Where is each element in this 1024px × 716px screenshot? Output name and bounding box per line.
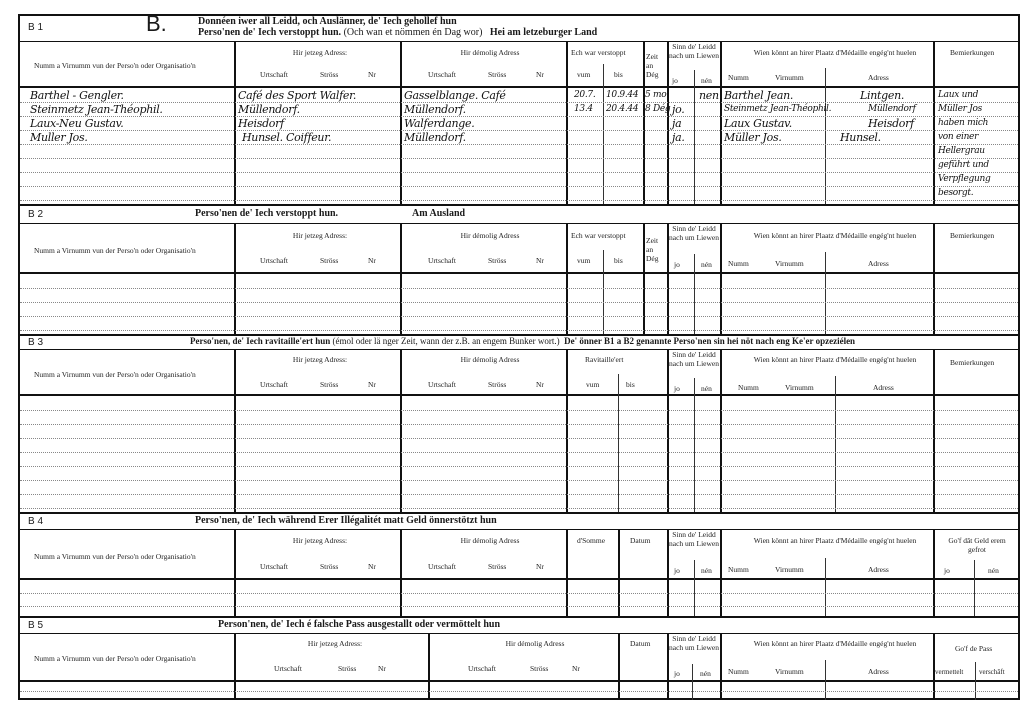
- col-nr-label: Nr: [536, 256, 544, 265]
- entry-name: Laux-Neu Gustav.: [30, 117, 124, 130]
- col-lastname-label: Numm: [728, 667, 749, 676]
- col-nr-label: Nr: [572, 664, 580, 673]
- col-to-label: bis: [614, 70, 623, 79]
- column-header: Numm a Virnumm vun der Perso'n oder Orga…: [20, 224, 1018, 274]
- entry-current-address: Müllendorf.: [238, 103, 300, 116]
- entry-current-address: Hunsel. Coiffeur.: [242, 131, 331, 144]
- section-b3-body: [20, 396, 1018, 514]
- entry-medal-name: Laux Gustav.: [724, 117, 792, 130]
- col-town-label: Urtschaft: [260, 70, 288, 79]
- heading-place: Hei am letzeburger Land: [490, 27, 597, 38]
- col-firstname-label: Virnumm: [775, 73, 804, 82]
- section-heading-line1: Donnéen iwer all Leidd, och Auslänner, d…: [198, 16, 457, 27]
- entry-name: Barthel - Gengler.: [30, 89, 124, 102]
- section-code: B 4: [28, 516, 43, 527]
- col-days-label: Zeit an Dég: [646, 236, 664, 263]
- heading-main: Perso'nen, de' Iech ravitaille'ert hun: [190, 336, 330, 346]
- remarks-line: Laux und: [938, 90, 978, 100]
- col-former-address-label: Hir démolig Adress: [435, 355, 545, 364]
- col-current-address-label: Hir jetzeg Adress:: [265, 48, 375, 57]
- col-date-label: Datum: [630, 639, 650, 648]
- col-days-label: Zeit an Dég: [646, 52, 664, 79]
- entry-medal-address: Müllendorf: [868, 104, 916, 114]
- column-header: Numm a Virnumm vun der Perso'n oder Orga…: [20, 42, 1018, 88]
- col-nr-label: Nr: [368, 380, 376, 389]
- col-lastname-label: Numm: [728, 259, 749, 268]
- heading-note: (émol oder lä nger Zeit, wann der z.B. a…: [332, 336, 559, 346]
- entry-yes: ja.: [672, 131, 685, 144]
- col-no-label: nén: [701, 76, 712, 85]
- entry-medal-address: Hunsel.: [840, 131, 881, 144]
- section-b4: B 4 Perso'nen, de' Iech während Erer Ill…: [20, 512, 1018, 616]
- col-nr-label: Nr: [368, 70, 376, 79]
- section-b2-body: [20, 274, 1018, 336]
- col-from-label: vum: [577, 70, 590, 79]
- section-letter: B.: [146, 11, 167, 37]
- col-pass-label: Go'f de Pass: [955, 644, 992, 653]
- col-yes-label: jo: [672, 76, 678, 85]
- col-former-address-label: Hir démolig Adress: [435, 231, 545, 240]
- remarks-line: Hellergrau: [938, 146, 985, 156]
- col-town-label: Urtschaft: [274, 664, 302, 673]
- section-heading-place: Am Ausland: [412, 208, 465, 219]
- entry-name: Muller Jos.: [30, 131, 88, 144]
- col-no-label: nén: [701, 260, 712, 269]
- entry-former-address: Walferdange.: [404, 117, 474, 130]
- col-money-returned-label: Go'f dât Geld erem gefrot: [942, 536, 1012, 554]
- col-name-label: Numm a Virnumm vun der Perso'n oder Orga…: [34, 654, 196, 663]
- col-street-label: Ströss: [320, 70, 338, 79]
- col-street-label: Ströss: [488, 380, 506, 389]
- column-header: Numm a Virnumm vun der Perso'n oder Orga…: [20, 634, 1018, 682]
- col-current-address-label: Hir jetzeg Adress:: [265, 355, 375, 364]
- col-firstname-label: Virnumm: [775, 565, 804, 574]
- col-date-label: Datum: [630, 536, 650, 545]
- col-street-label: Ströss: [320, 256, 338, 265]
- remarks-line: Müller Jos: [938, 104, 982, 114]
- col-town-label: Urtschaft: [428, 256, 456, 265]
- col-street-label: Ströss: [320, 380, 338, 389]
- entry-former-address: Müllendorf.: [404, 131, 466, 144]
- entry-no: nen: [699, 89, 719, 102]
- col-street-label: Ströss: [488, 562, 506, 571]
- col-from-label: vum: [577, 256, 590, 265]
- section-heading: Perso'nen de' Iech verstoppt hun.: [195, 208, 338, 219]
- col-former-address-label: Hir démolig Adress: [480, 639, 590, 648]
- entry-to: 10.9.44: [606, 90, 638, 100]
- col-street-label: Ströss: [338, 664, 356, 673]
- col-town-label: Urtschaft: [260, 256, 288, 265]
- col-town-label: Urtschaft: [428, 380, 456, 389]
- col-street-label: Ströss: [530, 664, 548, 673]
- col-address-label: Adress: [868, 259, 889, 268]
- section-b1: B 1 B. Donnéen iwer all Leidd, och Auslä…: [20, 14, 1018, 204]
- col-sum-label: d'Somme: [577, 536, 605, 545]
- col-medal-label: Wien könnt an hirer Plaatz d'Médaille en…: [750, 536, 920, 545]
- col-remarks-label: Bemierkungen: [950, 358, 994, 367]
- entry-days: 8 Dég: [645, 104, 670, 114]
- entry-former-address: Müllendorf.: [404, 103, 466, 116]
- heading-extra: De' önner B1 a B2 genannte Perso'nen sin…: [564, 336, 855, 346]
- col-yes-label: jo: [674, 669, 680, 678]
- col-remarks-label: Bemierkungen: [950, 48, 994, 57]
- col-to-label: bis: [626, 380, 635, 389]
- col-medal-label: Wien könnt an hirer Plaatz d'Médaille en…: [750, 639, 920, 648]
- col-address-label: Adress: [873, 383, 894, 392]
- col-name-label: Numm a Virnumm vun der Perso'n oder Orga…: [34, 246, 196, 255]
- col-address-label: Adress: [868, 667, 889, 676]
- col-lastname-label: Numm: [728, 73, 749, 82]
- remarks-line: von einer: [938, 132, 978, 142]
- section-b2: B 2 Perso'nen de' Iech verstoppt hun. Am…: [20, 204, 1018, 334]
- col-street-label: Ströss: [320, 562, 338, 571]
- col-alive-label: Sinn de' Leidd nach um Liewen: [669, 350, 719, 368]
- col-street-label: Ströss: [488, 256, 506, 265]
- section-heading: Person'nen, de' Iech é falsche Pass ausg…: [218, 619, 500, 630]
- col-alive-label: Sinn de' Leidd nach um Liewen: [669, 530, 719, 548]
- col-address-label: Adress: [868, 73, 889, 82]
- column-header: Numm a Virnumm vun der Perso'n oder Orga…: [20, 350, 1018, 396]
- col-mediated-label: vermettelt: [935, 668, 963, 677]
- col-town-label: Urtschaft: [428, 562, 456, 571]
- col-nr-label: Nr: [536, 562, 544, 571]
- col-medal-label: Wien könnt an hirer Plaatz d'Médaille en…: [750, 355, 920, 364]
- col-lastname-label: Numm: [738, 383, 759, 392]
- col-current-address-label: Hir jetzeg Adress:: [265, 536, 375, 545]
- col-nr-label: Nr: [368, 256, 376, 265]
- entry-medal-address: Lintgen.: [860, 89, 904, 102]
- entry-to: 20.4.44: [606, 104, 638, 114]
- entry-from: 20.7.: [574, 90, 595, 100]
- col-medal-label: Wien könnt an hirer Plaatz d'Médaille en…: [750, 231, 920, 240]
- remarks-line: Verpflegung: [938, 174, 990, 184]
- col-no-label: nén: [988, 566, 999, 575]
- col-firstname-label: Virnumm: [775, 667, 804, 676]
- col-yes-label: jo: [674, 260, 680, 269]
- col-current-address-label: Hir jetzeg Adress:: [280, 639, 390, 648]
- col-alive-label: Sinn de' Leidd nach um Liewen: [669, 42, 719, 60]
- section-b3: B 3 Perso'nen, de' Iech ravitaille'ert h…: [20, 334, 1018, 512]
- entry-former-address: Gasselblange. Café: [404, 89, 506, 102]
- col-town-label: Urtschaft: [428, 70, 456, 79]
- col-supplied-label: Ravitaille'ert: [585, 355, 623, 364]
- col-nr-label: Nr: [368, 562, 376, 571]
- entry-medal-name: Müller Jos.: [724, 131, 782, 144]
- col-firstname-label: Virnumm: [785, 383, 814, 392]
- section-heading: Perso'nen, de' Iech während Erer Illégal…: [195, 515, 497, 526]
- entry-days: 5 mo: [645, 90, 666, 100]
- col-nr-label: Nr: [536, 70, 544, 79]
- col-former-address-label: Hir démolig Adress: [435, 536, 545, 545]
- entry-current-address: Café des Sport Walfer.: [238, 89, 356, 102]
- col-name-label: Numm a Virnumm vun der Perso'n oder Orga…: [34, 370, 196, 379]
- col-yes-label: jo: [944, 566, 950, 575]
- col-former-address-label: Hir démolig Adress: [435, 48, 545, 57]
- form-page: B 1 B. Donnéen iwer all Leidd, och Auslä…: [18, 14, 1020, 700]
- col-nr-label: Nr: [378, 664, 386, 673]
- col-town-label: Urtschaft: [260, 380, 288, 389]
- section-heading: Perso'nen, de' Iech ravitaille'ert hun (…: [190, 336, 855, 346]
- col-alive-label: Sinn de' Leidd nach um Liewen: [669, 634, 719, 652]
- section-b1-body: Barthel - Gengler. Steinmetz Jean-Théoph…: [20, 88, 1018, 206]
- section-b2-title: B 2 Perso'nen de' Iech verstoppt hun. Am…: [20, 206, 1018, 224]
- col-nr-label: Nr: [536, 380, 544, 389]
- entry-yes: ja: [672, 117, 681, 130]
- section-code: B 5: [28, 620, 43, 631]
- col-town-label: Urtschaft: [468, 664, 496, 673]
- section-code: B 1: [28, 22, 43, 33]
- entry-medal-name: Steinmetz Jean-Théophil.: [724, 104, 831, 114]
- section-code: B 2: [28, 209, 43, 220]
- entry-medal-name: Barthel Jean.: [724, 89, 793, 102]
- col-no-label: nén: [700, 669, 711, 678]
- col-address-label: Adress: [868, 565, 889, 574]
- col-name-label: Numm a Virnumm vun der Perso'n oder Orga…: [34, 552, 196, 561]
- section-b5-body: [20, 682, 1018, 700]
- col-no-label: nén: [701, 384, 712, 393]
- section-b4-body: [20, 580, 1018, 618]
- remarks-line: haben mich: [938, 118, 988, 128]
- heading-main: Perso'nen de' Iech verstoppt hun.: [198, 27, 341, 38]
- col-lastname-label: Numm: [728, 565, 749, 574]
- col-street-label: Ströss: [488, 70, 506, 79]
- col-name-label: Numm a Virnumm vun der Perso'n oder Orga…: [34, 61, 196, 70]
- col-medal-label: Wien könnt an hirer Plaatz d'Médaille en…: [750, 48, 920, 57]
- col-firstname-label: Virnumm: [775, 259, 804, 268]
- section-b4-title: B 4 Perso'nen, de' Iech während Erer Ill…: [20, 514, 1018, 530]
- entry-yes: jo.: [672, 103, 684, 116]
- col-alive-label: Sinn de' Leidd nach um Liewen: [669, 224, 719, 242]
- section-b5-title: B 5 Person'nen, de' Iech é falsche Pass …: [20, 618, 1018, 634]
- remarks-line: geführt und: [938, 160, 989, 170]
- entry-from: 13.4: [574, 104, 593, 114]
- heading-note: (Och wan et nömmen én Dag wor): [344, 27, 483, 38]
- section-b3-title: B 3 Perso'nen, de' Iech ravitaille'ert h…: [20, 336, 1018, 350]
- col-hidden-label: Ech war verstoppt: [571, 48, 626, 57]
- entry-current-address: Heisdorf: [238, 117, 284, 130]
- col-remarks-label: Bemierkungen: [950, 231, 994, 240]
- column-header: Numm a Virnumm vun der Perso'n oder Orga…: [20, 530, 1018, 580]
- col-hidden-label: Ech war verstoppt: [571, 231, 626, 240]
- col-town-label: Urtschaft: [260, 562, 288, 571]
- entry-medal-address: Heisdorf: [868, 117, 914, 130]
- col-yes-label: jo: [674, 566, 680, 575]
- section-code: B 3: [28, 337, 43, 348]
- section-heading-line2: Perso'nen de' Iech verstoppt hun. (Och w…: [198, 27, 597, 38]
- col-obtained-label: verschâft: [979, 668, 1005, 677]
- col-to-label: bis: [614, 256, 623, 265]
- col-current-address-label: Hir jetzeg Adress:: [265, 231, 375, 240]
- section-b5: B 5 Person'nen, de' Iech é falsche Pass …: [20, 616, 1018, 700]
- section-b1-title: B 1 B. Donnéen iwer all Leidd, och Auslä…: [20, 16, 1018, 42]
- col-yes-label: jo: [674, 384, 680, 393]
- col-no-label: nén: [701, 566, 712, 575]
- col-from-label: vum: [586, 380, 599, 389]
- remarks-line: besorgt.: [938, 188, 973, 198]
- entry-name: Steinmetz Jean-Théophil.: [30, 103, 163, 116]
